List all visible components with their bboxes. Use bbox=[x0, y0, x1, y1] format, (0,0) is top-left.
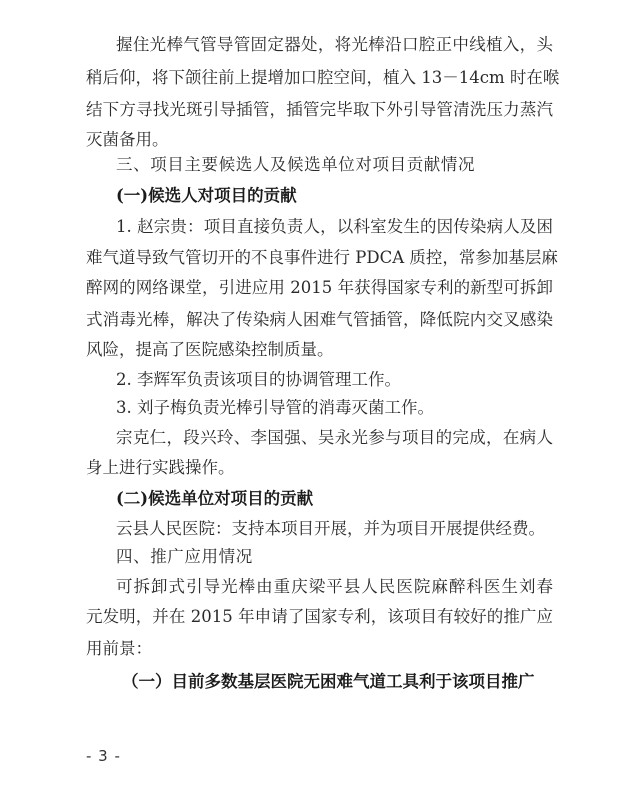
paragraph-line: 醉网的网络课堂，引进应用 2015 年获得国家专利的新型可拆卸 bbox=[86, 277, 553, 299]
paragraph-line: 用前景： bbox=[86, 638, 553, 660]
paragraph-line: 1. 赵宗贵：项目直接负责人，以科室发生的因传染病人及困 bbox=[116, 216, 553, 238]
paragraph-line: 难气道导致气管切开的不良事件进行 PDCA 质控，常参加基层麻 bbox=[86, 247, 553, 269]
section-heading: 三、项目主要候选人及候选单位对项目贡献情况 bbox=[116, 154, 553, 176]
paragraph-line: 3. 刘子梅负责光棒引导管的消毒灭菌工作。 bbox=[116, 397, 553, 419]
section-heading: 四、推广应用情况 bbox=[116, 546, 553, 568]
paragraph-line: 宗克仁，段兴玲、李国强、吴永光参与项目的完成，在病人 bbox=[116, 427, 553, 449]
sub-heading: （一）目前多数基层医院无困难气道工具利于该项目推广 bbox=[122, 671, 537, 693]
paragraph-line: 灭菌备用。 bbox=[86, 129, 553, 151]
paragraph-line: 稍后仰，将下颌往前上提增加口腔空间，植入 13－14cm 时在喉 bbox=[86, 67, 553, 89]
paragraph-line: 风险，提高了医院感染控制质量。 bbox=[86, 339, 553, 361]
paragraph-line: 可拆卸式引导光棒由重庆梁平县人民医院麻醉科医生刘春 bbox=[116, 576, 553, 598]
sub-heading: (一)候选人对项目的贡献 bbox=[116, 185, 553, 207]
paragraph-line: 式消毒光棒，解决了传染病人困难气管插管，降低院内交叉感染 bbox=[86, 309, 553, 331]
paragraph-line: 元发明，并在 2015 年申请了国家专利，该项目有较好的推广应 bbox=[86, 606, 553, 628]
paragraph-line: 云县人民医院：支持本项目开展，并为项目开展提供经费。 bbox=[116, 518, 553, 540]
sub-heading: (二)候选单位对项目的贡献 bbox=[116, 488, 553, 510]
paragraph-line: 身上进行实践操作。 bbox=[86, 457, 553, 479]
paragraph-line: 握住光棒气管导管固定器处，将光棒沿口腔正中线植入，头 bbox=[116, 34, 553, 56]
paragraph-line: 结下方寻找光斑引导插管，插管完毕取下外引导管清洗压力蒸汽 bbox=[86, 99, 553, 121]
page-number: - 3 - bbox=[86, 747, 121, 765]
paragraph-line: 2. 李辉军负责该项目的协调管理工作。 bbox=[116, 369, 553, 391]
